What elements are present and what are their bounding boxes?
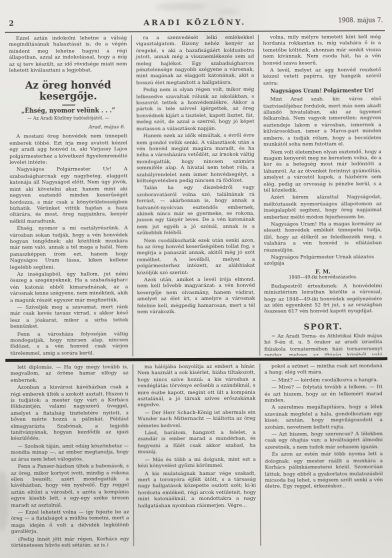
paragraph: A szerelmes megállapításra, hogy a lélek… [265,405,383,431]
paragraph: Nem volt életemben olyan esztendő, hogy … [263,149,381,194]
paragraph: Pedig nem is olyan régen volt, mikor még… [136,87,254,132]
paragraph: — Azt hiszem, hogy szerencse? A lélekben… [265,431,383,451]
paragraph: — Mint? — kérdém csodálkozva a hangra. [264,377,382,384]
paragraph: Mint Arad szab. kir. város első tisztvis… [263,96,381,148]
letter-closing: Nagyságos Polgármester Urnak alázatos sz… [264,254,382,267]
headline-ornament [62,105,75,106]
paragraph: Lásd, barátom, hangzott a felelet, a zsa… [138,430,256,456]
paragraph: A kis mulatságnak hamar vége szakadt, me… [138,470,256,509]
paragraph: A levél, melyet az agg honvéd reszkető k… [263,67,381,87]
feuilleton-divider-rule [5,357,387,361]
paragraph: Azok után, amiket a levél írója elmond, … [137,277,255,316]
scan-smudge [155,3,207,10]
paragraph: — Ezzel lehetett volna — így fejezte be … [11,509,129,535]
masthead-title: ARADI KÖZLÖNY. [7,17,383,28]
newspaper-page: 2 ARADI KÖZLÖNY. 1908. május 7. Ezzel az… [0,0,392,558]
letter-signature-title: 1848—49-iki honvédszázados. [264,275,382,281]
paragraph: — Mivé? — folytatá tovább a lelkem. — It… [264,384,382,404]
paragraph: Nem csodálkozhatik ezek után senki azon,… [137,237,255,276]
article-subtitle: „Éhség, nyomor velünk . . .” [9,108,127,116]
paragraph: Azért kérem alázattal Nagyságodat, méltó… [264,195,382,221]
paragraph: Fenn a városháza folyosóján váltig mondo… [10,331,128,357]
paragraph: Az inségalapból, úgy hallom, jut némi ös… [10,271,128,304]
sport-section-headline: SPORT. [264,321,382,332]
paragraph: Talán ha egy díszebédről vagy szoboravat… [137,185,255,237]
paragraph: És azon az estén már több nyoma lett a d… [265,451,383,490]
paragraph: Ezzel aztán indokolni lehetne a válság m… [9,35,127,74]
paragraph: — Szolnok táján, amit odáig köszönhetsz … [11,443,129,463]
paragraph: Nagyságos Polgármester Ur! A szabadságha… [10,167,128,225]
article-headline: Az öreg honvéd kesergője. [9,81,127,104]
paragraph: lett diplomás. — Ha úgy megy tovább is, … [10,364,128,384]
paragraph: Éhség, nyomor a mi osztályrészünk. A vár… [10,225,128,270]
issue-date: 1908. május 7. [338,17,383,24]
scanned-sheet: 2 ARADI KÖZLÖNY. 1908. május 7. Ezzel az… [0,0,392,558]
feuilleton-column-right: pokol a szünet — mintha csak azt mondaná… [259,363,387,546]
scan-smudge [219,10,239,14]
header-rule [5,30,385,33]
paragraph: Budapestről értesítenek: A honvédelmi mi… [264,283,382,316]
paragraph: — Szíveljék meg a szavamat, mert ránk má… [10,304,128,330]
paragraph: ma hálójába bonyolítja az embert a hínár… [137,364,255,409]
page-header: 2 ARADI KÖZLÖNY. 1908. május 7. [7,15,383,30]
letter-salutation: Nagyságos Uram! Polgármester Ur! [263,88,381,95]
paragraph: (Pedig innét jött már régen, Korhács egy… [11,536,129,547]
paragraph: A mostani öreg honvédek nem ünnepelt emb… [9,134,127,167]
paragraph: pokol a szünet — mintha csak azt mondaná… [264,363,382,376]
paragraph: Nagyságos Uram! Ha a magas kormány az el… [264,221,382,254]
feuilleton-section: lett diplomás. — Ha úgy megy tovább is, … [6,363,387,547]
paragraph: volna, mily mélyre temetett kínt kell mé… [263,34,381,67]
article-dateline: Arad, május 6. [9,125,125,132]
feuilleton-column-left: lett diplomás. — Ha úgy megy tovább is, … [6,364,133,547]
paragraph: Azonban a kisvárosi kávéházban csak a ré… [10,385,128,443]
sport-news-item: = Az Aradi Torna- és Athletikai Klub máj… [264,333,382,356]
column-right: volna, mily mélyre temetett kínt kell mé… [258,34,386,356]
feuilleton-column-middle: ma hálójába bonyolítja az embert a hínár… [132,364,260,547]
paragraph: — Der Herr Schach-König ist abermals ein… [138,410,256,430]
column-middle: ra a szenvedését lelki emlékekkel vigasz… [131,35,259,357]
article-byline: — Az Aradi Közlöny tudósítójától. — [9,117,127,123]
paragraph: — Más és több a mi dolgunk, mint ezt a k… [138,456,256,469]
upper-section: Ezzel aztán indokolni lehetne a válság m… [5,34,386,357]
paragraph: ra a szenvedését lelki emlékekkel vigasz… [136,35,254,87]
column-left: Ezzel aztán indokolni lehetne a válság m… [5,35,132,357]
paragraph: Hanem ezek az idők elmúltak, s évről évr… [136,133,254,185]
paragraph: Fenn a Panser-házban ültek a babonások, … [11,463,129,508]
